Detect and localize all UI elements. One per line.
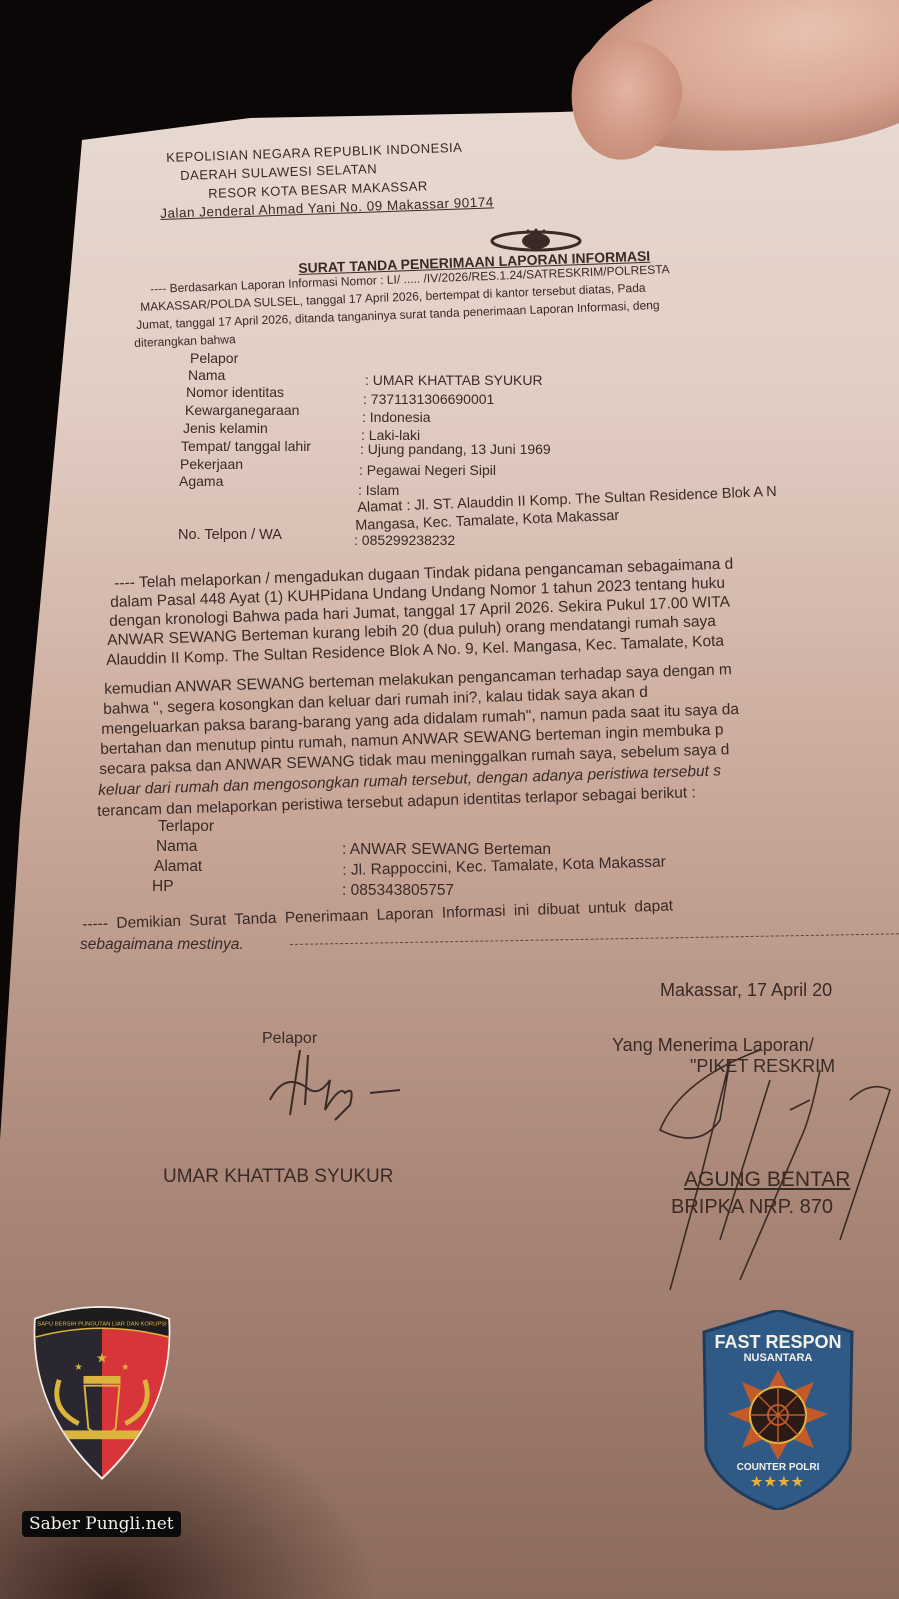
field-label: Nama [156, 838, 197, 856]
field-value: : 085343805757 [342, 882, 454, 900]
field-value: : ANWAR SEWANG Berteman [342, 841, 551, 859]
fast-respon-title: FAST RESPON [698, 1332, 858, 1353]
field-value: : Ujung pandang, 13 Juni 1969 [360, 441, 551, 457]
field-label: Kewarganegaraan [185, 402, 299, 418]
svg-text:★: ★ [74, 1362, 83, 1373]
field-label: Alamat [154, 858, 202, 876]
field-label: HP [152, 878, 174, 896]
field-value: : Indonesia [362, 409, 431, 425]
field-value: : 7371131306690001 [363, 391, 494, 407]
phone-label: No. Telpon / WA [178, 527, 282, 543]
saber-pungli-label: Saber Pungli.net [22, 1511, 181, 1537]
fast-respon-subtitle: NUSANTARA [698, 1352, 858, 1364]
fast-respon-footer: COUNTER POLRI [698, 1462, 858, 1473]
field-label: Agama [179, 473, 223, 489]
receiver-rank: BRIPKA NRP. 870 [671, 1196, 833, 1219]
fast-respon-badge: FAST RESPON NUSANTARA COUNTER POLRI ★★★★ [698, 1310, 858, 1510]
svg-text:★: ★ [96, 1350, 108, 1365]
police-emblem-icon [488, 228, 584, 252]
field-value: : UMAR KHATTAB SYUKUR [365, 372, 543, 388]
phone-value: : 085299238232 [354, 532, 455, 548]
reporter-heading: Pelapor [190, 350, 238, 366]
saber-pungli-badge-icon: SAPU BERSIH PUNGUTAN LIAR DAN KORUPSI ★ … [28, 1300, 176, 1482]
field-label: Tempat/ tanggal lahir [181, 438, 311, 454]
receiver-name: AGUNG BENTAR [684, 1168, 850, 1192]
field-value: : Islam [358, 482, 399, 498]
svg-text:SAPU BERSIH PUNGUTAN LIAR DAN: SAPU BERSIH PUNGUTAN LIAR DAN KORUPSI [37, 1321, 167, 1327]
reporter-signature-icon [260, 1045, 410, 1125]
reporter-name: UMAR KHATTAB SYUKUR [163, 1166, 394, 1188]
svg-text:★: ★ [121, 1362, 130, 1373]
reported-heading: Terlapor [158, 818, 214, 836]
field-label: Nama [188, 367, 225, 383]
closing-line2: sebagaimana mestinya. [80, 936, 244, 954]
field-label: Jenis kelamin [183, 420, 268, 436]
field-label: Pekerjaan [180, 456, 243, 472]
place-date: Makassar, 17 April 20 [660, 980, 832, 1001]
field-value: : Pegawai Negeri Sipil [359, 462, 496, 478]
fast-respon-stars: ★★★★ [698, 1474, 858, 1490]
field-label: Nomor identitas [186, 384, 284, 400]
